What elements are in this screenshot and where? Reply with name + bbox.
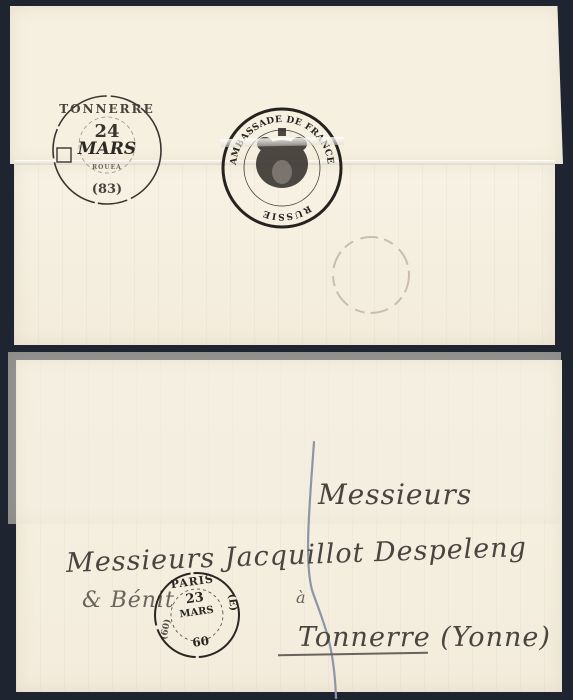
address-line-1: Messieurs [318,478,472,511]
postmark-middle: ROUEA [50,165,164,171]
cover-front-flap [8,352,561,524]
postmark-department: (83) [50,183,164,196]
tonnerre-postmark: TONNERRE 24 MARS ROUEA (83) [50,93,164,207]
postmark-month: MARS [50,141,164,158]
paris-postmark: PARIS 23 MARS 60 (E) (60) [146,564,248,666]
faint-handstamp [328,232,414,318]
embassy-seal: AMBASSADE DE FRANCE PRÈS LA COUR DE RUSS… [220,106,344,230]
address-line-4: à [296,588,307,607]
address-line-5: Tonnerre (Yonne) [298,622,551,653]
postmark-office-code: (E) [225,593,238,611]
postmark-town: TONNERRE [50,103,164,115]
